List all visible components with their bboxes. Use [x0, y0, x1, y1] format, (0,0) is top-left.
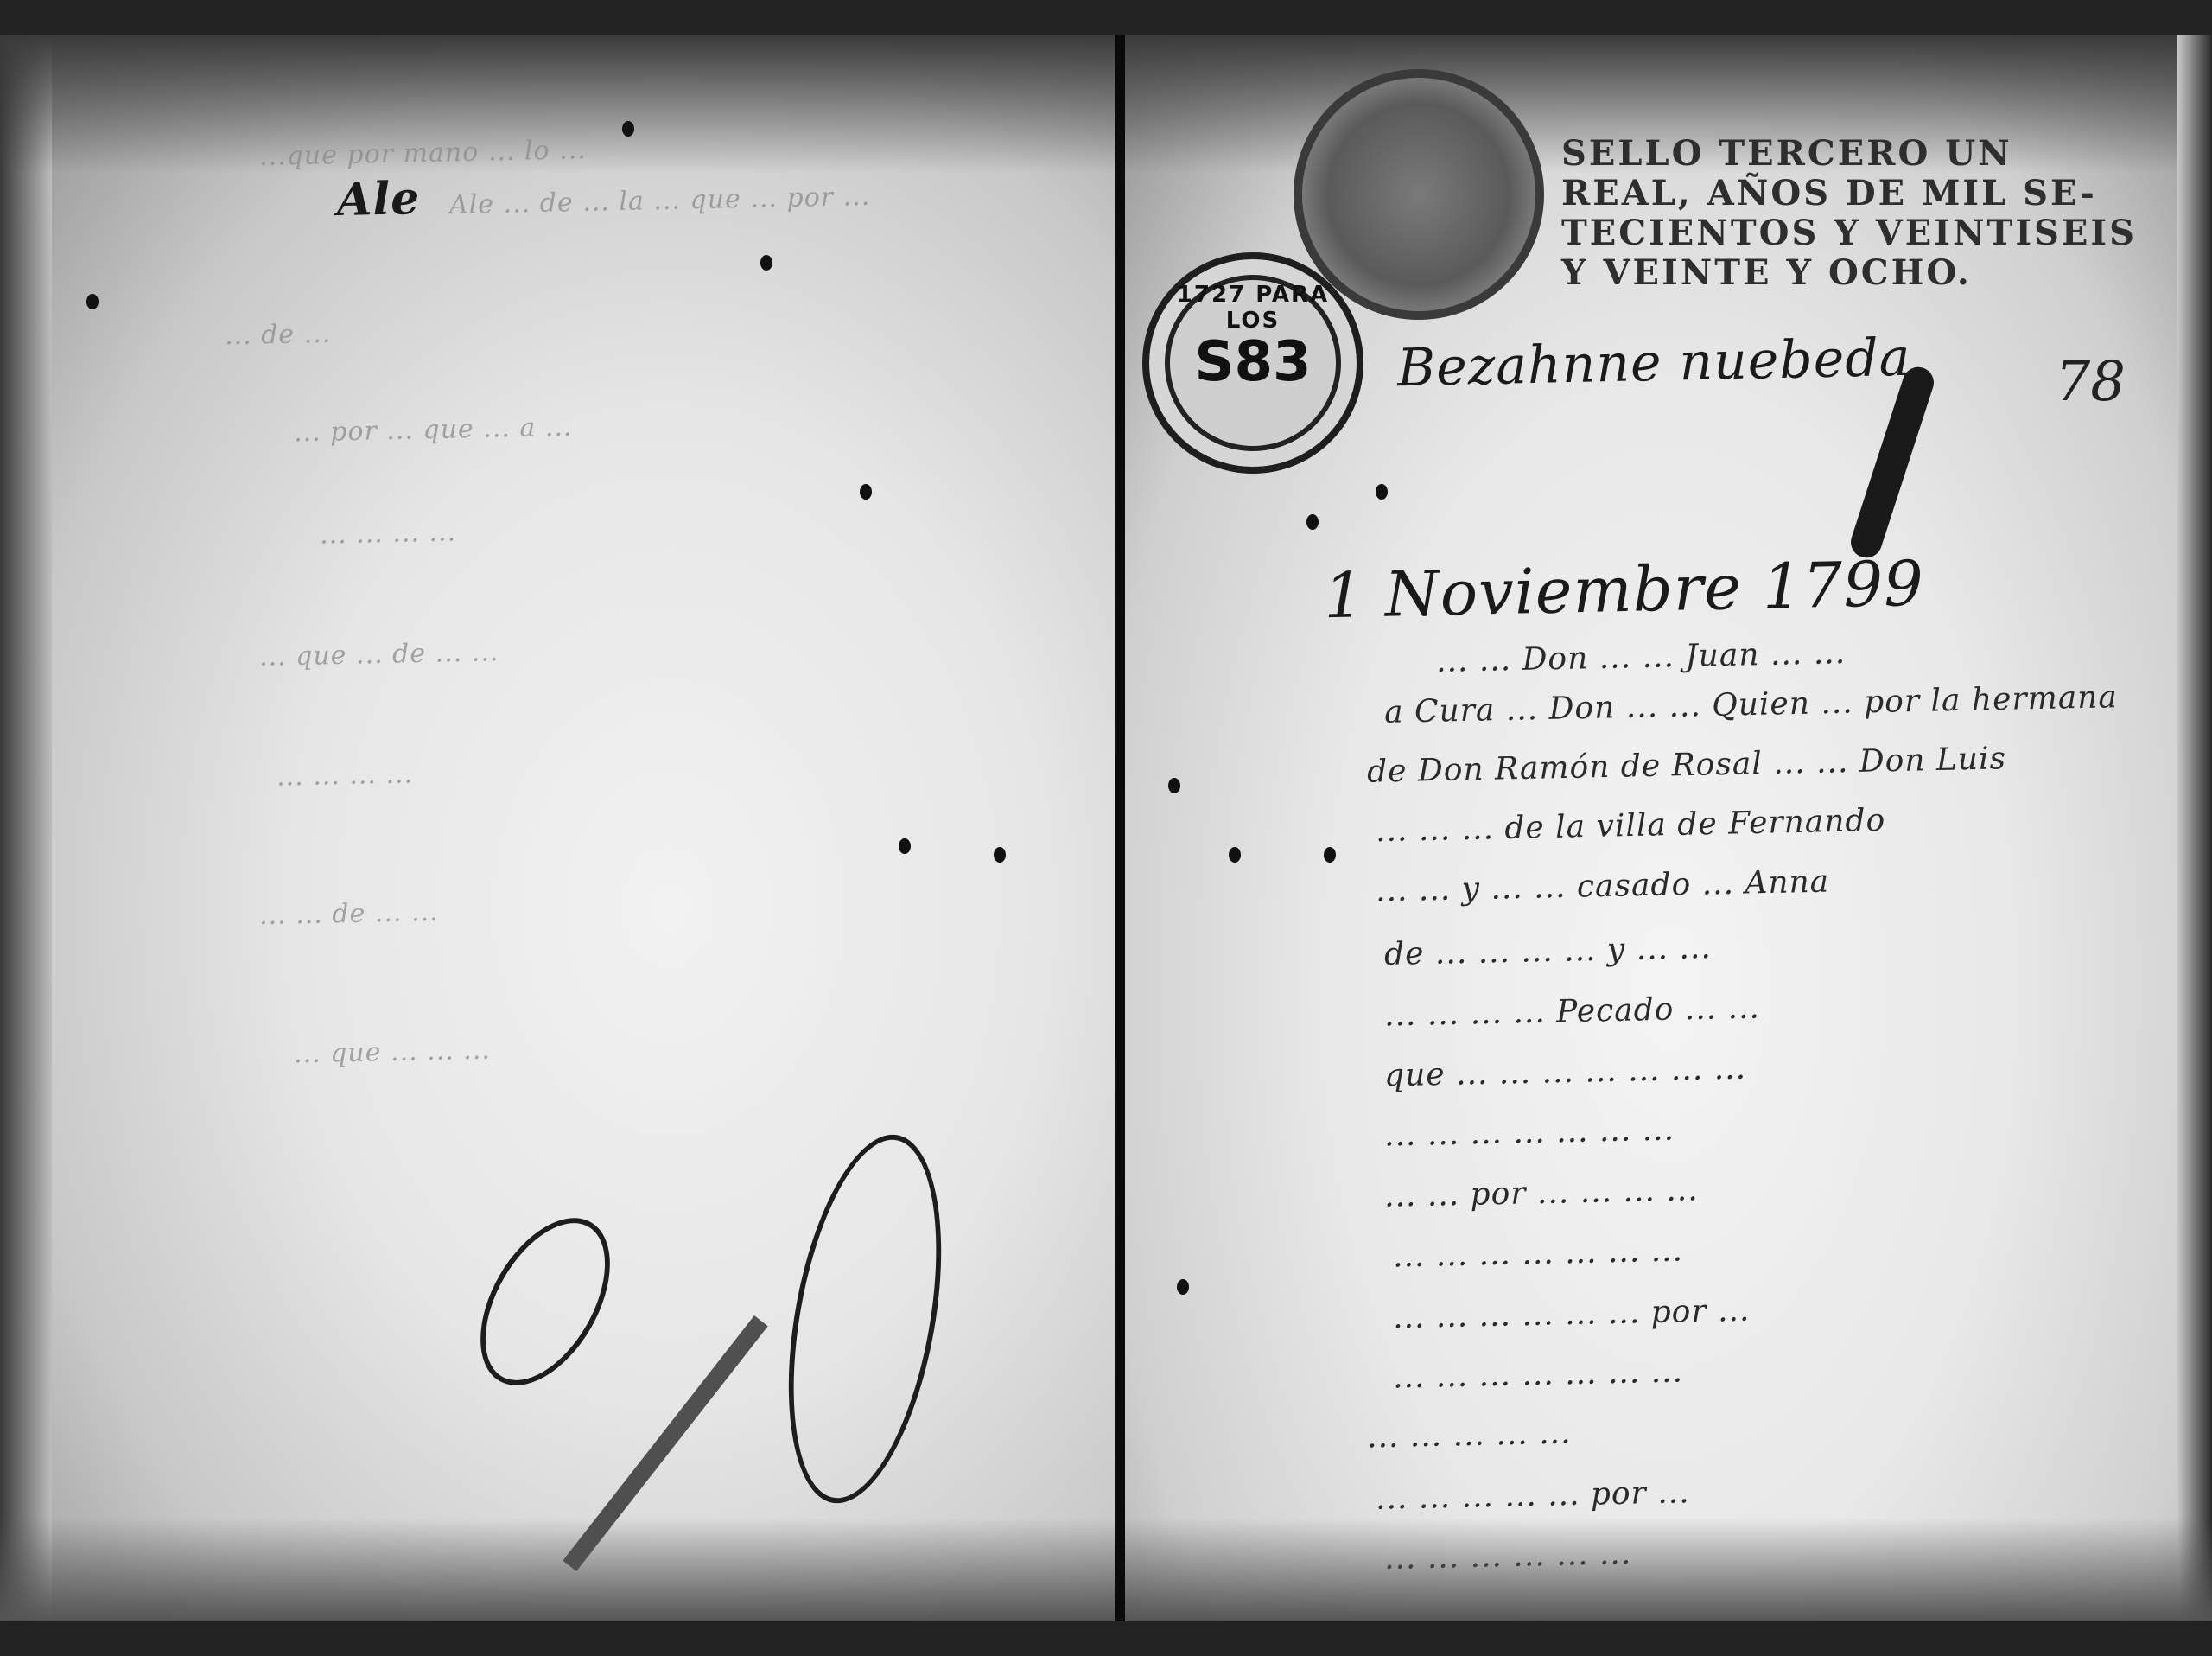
- ink-blot: [899, 838, 911, 854]
- right-line: ... ... ... ... ... ...: [1384, 1536, 1632, 1576]
- ink-blot: [1229, 847, 1241, 863]
- left-line: ... ... ... ...: [320, 517, 457, 550]
- folio-number: 78: [2056, 350, 2126, 414]
- header-line: REAL, AÑOS DE MIL SE-: [1561, 174, 2137, 213]
- right-line: ... ... Don ... ... Juan ... ...: [1436, 635, 1847, 679]
- ink-blot: [760, 255, 772, 271]
- flourish-stroke: [1847, 363, 1937, 562]
- right-line: de ... ... ... ... y ... ...: [1384, 930, 1713, 972]
- signature-rubric-1: [454, 1196, 637, 1408]
- right-line: ... ... ... ... ... ... ...: [1393, 1353, 1684, 1395]
- signature-rubric-2: [764, 1123, 967, 1515]
- ink-blot: [1168, 778, 1180, 793]
- ink-blot: [1376, 484, 1388, 500]
- left-line: ... ... ... ...: [276, 759, 414, 792]
- left-line: ... de ...: [225, 319, 332, 352]
- seal-ring-text: 1727 PARA LOS: [1149, 282, 1357, 334]
- ink-blot: [1177, 1279, 1189, 1295]
- ink-blot: [860, 484, 872, 500]
- header-line: SELLO TERCERO UN: [1561, 134, 2137, 174]
- right-line: ... ... por ... ... ... ...: [1384, 1172, 1699, 1214]
- left-heading-fragment: Ale: [336, 172, 420, 226]
- left-line: Ale ... de ... la ... que ... por ...: [449, 182, 871, 220]
- left-line: ... por ... que ... a ...: [294, 412, 573, 449]
- ink-blot: [1306, 514, 1319, 530]
- page-edge-left: [0, 35, 52, 1621]
- right-line: ... ... ... ... Pecado ... ...: [1384, 990, 1761, 1033]
- stamp-seal-icon: 1727 PARA LOS S83: [1142, 252, 1363, 474]
- right-line: ... ... ... ... ... por ...: [1376, 1474, 1690, 1517]
- right-line: ... ... ... ... ...: [1367, 1416, 1572, 1455]
- page-edge-right: [2177, 35, 2212, 1621]
- right-line: ... ... ... de la villa de Fernando: [1376, 803, 1886, 849]
- left-line: ... que ... de ... ...: [259, 637, 499, 672]
- right-line: ... ... ... ... ... ... ...: [1393, 1232, 1684, 1274]
- left-line: ...que por mano ... lo ...: [259, 135, 587, 172]
- right-line: ... ... ... ... ... ... por ...: [1393, 1293, 1751, 1336]
- seal-center-text: S83: [1149, 330, 1357, 394]
- right-line: que ... ... ... ... ... ... ...: [1384, 1051, 1747, 1094]
- right-line: ... ... ... ... ... ... ...: [1384, 1111, 1675, 1153]
- entry-date: 1 Noviembre 1799: [1323, 547, 1924, 633]
- bottom-shadow: [0, 1518, 1115, 1621]
- header-line: TECIENTOS Y VEINTISEIS: [1561, 213, 2137, 253]
- left-page: Ale ...que por mano ... lo ... Ale ... d…: [0, 35, 1125, 1621]
- left-line: ... ... de ... ...: [259, 897, 439, 931]
- right-line: a Cura ... Don ... ... Quien ... por la …: [1384, 679, 2119, 730]
- signature-stroke: [563, 1315, 767, 1571]
- stamped-paper-header: SELLO TERCERO UN REAL, AÑOS DE MIL SE- T…: [1561, 134, 2137, 293]
- ink-blot: [86, 294, 99, 309]
- left-line: ... que ... ... ...: [294, 1035, 492, 1070]
- right-line: ... ... y ... ... casado ... Anna: [1376, 864, 1830, 909]
- bottom-shadow: [1125, 1518, 2212, 1621]
- ink-blot: [1324, 847, 1336, 863]
- ink-blot: [622, 121, 634, 137]
- right-line: de Don Ramón de Rosal ... ... Don Luis: [1367, 741, 2007, 789]
- entry-heading: Bezahnne nuebeda: [1396, 328, 1911, 398]
- header-line: Y VEINTE Y OCHO.: [1561, 253, 2137, 293]
- ink-blot: [994, 847, 1006, 863]
- right-page: 1727 PARA LOS S83 SELLO TERCERO UN REAL,…: [1125, 35, 2212, 1621]
- scan-background: Ale ...que por mano ... lo ... Ale ... d…: [0, 0, 2212, 1656]
